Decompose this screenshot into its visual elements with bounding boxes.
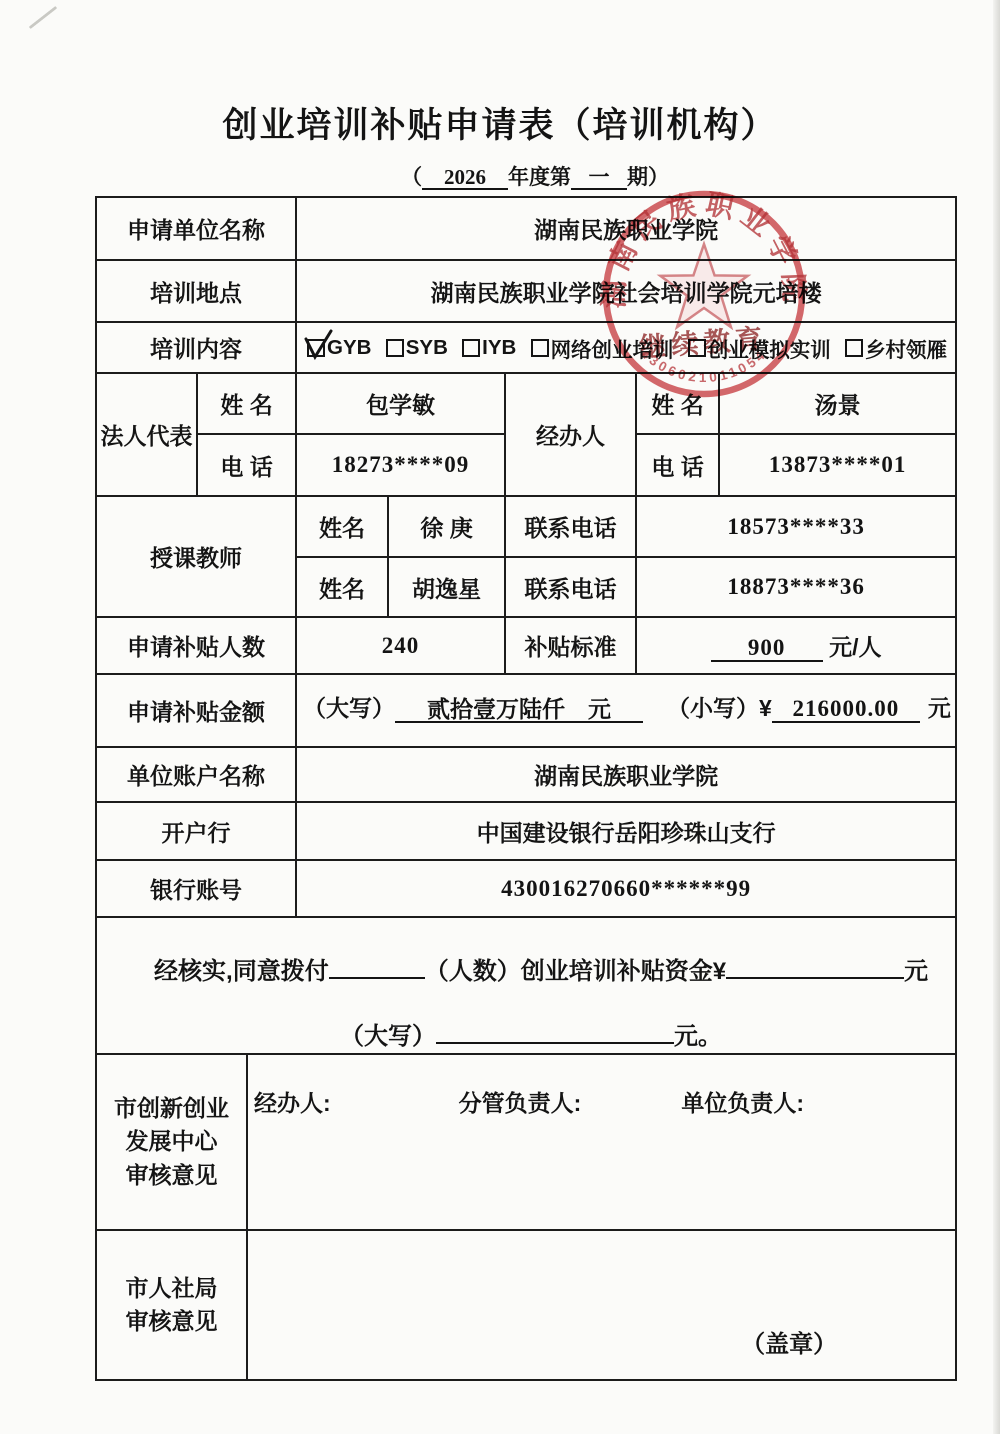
amount-daxie-value: 贰拾壹万陆仟 元 [395, 697, 643, 723]
subsidy-amount-label: 申请补贴金额 [96, 674, 296, 747]
training-content-label: 培训内容 [96, 322, 296, 373]
checkbox-label: SYB [406, 336, 448, 360]
subsidy-count-value: 240 [296, 617, 505, 674]
checkbox-icon [531, 339, 549, 357]
legal-rep-phone-label: 电 话 [197, 434, 296, 496]
table-row: 市创新创业 发展中心 审核意见 经办人: 分管负责人: 单位负责人: [96, 1054, 956, 1230]
subsidy-standard-label: 补贴标准 [505, 617, 636, 674]
training-place-label: 培训地点 [96, 260, 296, 322]
teacher1-phone-value: 18573****33 [636, 496, 956, 557]
scanned-application-form: 创业培训补贴申请表（培训机构） （2026年度第一期） 申请单位名称 湖南民族职… [0, 0, 1000, 1434]
checkbox-label: 创业模拟实训 [708, 333, 831, 363]
center-review-cell: 经办人: 分管负责人: 单位负责人: [247, 1054, 956, 1230]
checkbox-online-training: 网络创业培训 [531, 333, 674, 363]
checkbox-icon [307, 339, 325, 357]
approval-amount-blank [726, 977, 904, 979]
table-row: 单位账户名称 湖南民族职业学院 [96, 747, 956, 802]
subsidy-amount-line: （大写） 贰拾壹万陆仟 元 （小写）¥ 216000.00 元 [297, 690, 955, 731]
period-line: （2026年度第一期） [0, 161, 1000, 191]
checkmark-icon [304, 329, 334, 363]
table-row: 培训内容 GYB SYB [96, 322, 956, 373]
bank-label: 开户行 [96, 802, 296, 860]
bureau-review-label: 市人社局 审核意见 [96, 1230, 247, 1380]
approval-daxie-blank [436, 1042, 674, 1044]
amount-unit: 元 [928, 690, 951, 723]
period-term-value: 一 [571, 166, 627, 190]
table-row: 申请补贴人数 240 补贴标准 900 元/人 [96, 617, 956, 674]
teacher1-name-label: 姓名 [296, 496, 388, 557]
training-place-value: 湖南民族职业学院社会培训学院元培楼 [296, 260, 956, 322]
checkbox-syb: SYB [386, 336, 448, 360]
bank-value: 中国建设银行岳阳珍珠山支行 [296, 802, 956, 860]
subsidy-amount-value: （大写） 贰拾壹万陆仟 元 （小写）¥ 216000.00 元 [296, 674, 956, 747]
agent-name-value: 汤景 [719, 373, 956, 434]
amount-daxie-label: （大写） [303, 690, 395, 723]
checkbox-icon [386, 339, 404, 357]
agent-phone-value: 13873****01 [719, 434, 956, 496]
account-name-label: 单位账户名称 [96, 747, 296, 802]
signers-row: 经办人: 分管负责人: 单位负责人: [254, 1085, 804, 1118]
period-open: （ [401, 166, 422, 189]
approval-line1-unit: 元 [904, 958, 928, 985]
period-close: 期） [627, 166, 669, 189]
teacher2-name-label: 姓名 [296, 557, 388, 617]
teacher1-name-value: 徐 庚 [388, 496, 505, 557]
application-table: 申请单位名称 湖南民族职业学院 培训地点 湖南民族职业学院社会培训学院元培楼 培… [95, 196, 957, 1381]
checkbox-rural-leader: 乡村领雁 [845, 333, 947, 363]
table-row: 授课教师 姓名 徐 庚 联系电话 18573****33 [96, 496, 956, 557]
checkbox-label: 网络创业培训 [551, 333, 674, 363]
signer-supervisor: 分管负责人: [459, 1085, 582, 1118]
amount-xiaoxie-label: （小写）¥ [667, 690, 772, 723]
table-row: 经核实,同意拨付（人数）创业培训补贴资金¥元 （大写）元。 [96, 917, 956, 1054]
legal-rep-phone-value: 18273****09 [296, 434, 505, 496]
approval-count-blank [329, 977, 425, 979]
checkbox-icon [462, 339, 480, 357]
legal-rep-name-label: 姓 名 [197, 373, 296, 434]
table-row: 申请补贴金额 （大写） 贰拾壹万陆仟 元 （小写）¥ 216000.00 元 [96, 674, 956, 747]
subsidy-standard-number: 900 [711, 636, 823, 662]
subsidy-count-label: 申请补贴人数 [96, 617, 296, 674]
approval-line2-unit: 元。 [674, 1023, 722, 1050]
approval-cell: 经核实,同意拨付（人数）创业培训补贴资金¥元 （大写）元。 [96, 917, 956, 1054]
approval-line2: （大写）元。 [97, 986, 955, 1051]
approval-line1: 经核实,同意拨付（人数）创业培训补贴资金¥元 [97, 921, 955, 986]
legal-rep-label: 法人代表 [96, 373, 197, 496]
table-row: 申请单位名称 湖南民族职业学院 [96, 197, 956, 260]
teacher1-phone-label: 联系电话 [505, 496, 636, 557]
signer-agent: 经办人: [254, 1085, 331, 1118]
period-year-value: 2026 [422, 166, 508, 190]
teacher2-name-value: 胡逸星 [388, 557, 505, 617]
scan-artifact-right-edge [993, 0, 1000, 1434]
checkbox-icon [688, 339, 706, 357]
checkbox-icon [845, 339, 863, 357]
checkbox-iyb: IYB [462, 336, 516, 360]
legal-rep-name-value: 包学敏 [296, 373, 505, 434]
teachers-label: 授课教师 [96, 496, 296, 617]
training-content-options: GYB SYB IYB [296, 322, 956, 373]
table-row: 法人代表 姓 名 包学敏 经办人 姓 名 汤景 [96, 373, 956, 434]
scan-artifact-corner-mark [29, 6, 58, 29]
center-review-label: 市创新创业 发展中心 审核意见 [96, 1054, 247, 1230]
page-title: 创业培训补贴申请表（培训机构） [0, 98, 1000, 148]
signer-unit-head: 单位负责人: [681, 1085, 804, 1118]
table-row: 市人社局 审核意见 （盖章） [96, 1230, 956, 1380]
applicant-name-value: 湖南民族职业学院 [296, 197, 956, 260]
amount-xiaoxie-value: 216000.00 [772, 697, 920, 723]
approval-line1-pre: 经核实,同意拨付 [154, 958, 329, 985]
teacher2-phone-value: 18873****36 [636, 557, 956, 617]
checkbox-row: GYB SYB IYB [297, 333, 955, 363]
subsidy-standard-value: 900 元/人 [636, 617, 956, 674]
agent-name-label: 姓 名 [636, 373, 719, 434]
checkbox-gyb: GYB [307, 336, 371, 360]
account-name-value: 湖南民族职业学院 [296, 747, 956, 802]
period-mid: 年度第 [508, 166, 571, 189]
bureau-review-cell: （盖章） [247, 1230, 956, 1380]
subsidy-standard-unit: 元/人 [829, 634, 881, 660]
table-row: 开户行 中国建设银行岳阳珍珠山支行 [96, 802, 956, 860]
table-row: 培训地点 湖南民族职业学院社会培训学院元培楼 [96, 260, 956, 322]
checkbox-label: IYB [482, 336, 516, 360]
agent-label: 经办人 [505, 373, 636, 496]
applicant-name-label: 申请单位名称 [96, 197, 296, 260]
account-no-value: 430016270660******99 [296, 860, 956, 917]
teacher2-phone-label: 联系电话 [505, 557, 636, 617]
seal-hint: （盖章） [741, 1324, 837, 1359]
approval-line1-mid: （人数）创业培训补贴资金¥ [425, 958, 726, 985]
checkbox-label: 乡村领雁 [865, 333, 947, 363]
approval-line2-pre: （大写） [340, 1023, 436, 1050]
agent-phone-label: 电 话 [636, 434, 719, 496]
account-no-label: 银行账号 [96, 860, 296, 917]
checkbox-simulation-training: 创业模拟实训 [688, 333, 831, 363]
table-row: 银行账号 430016270660******99 [96, 860, 956, 917]
